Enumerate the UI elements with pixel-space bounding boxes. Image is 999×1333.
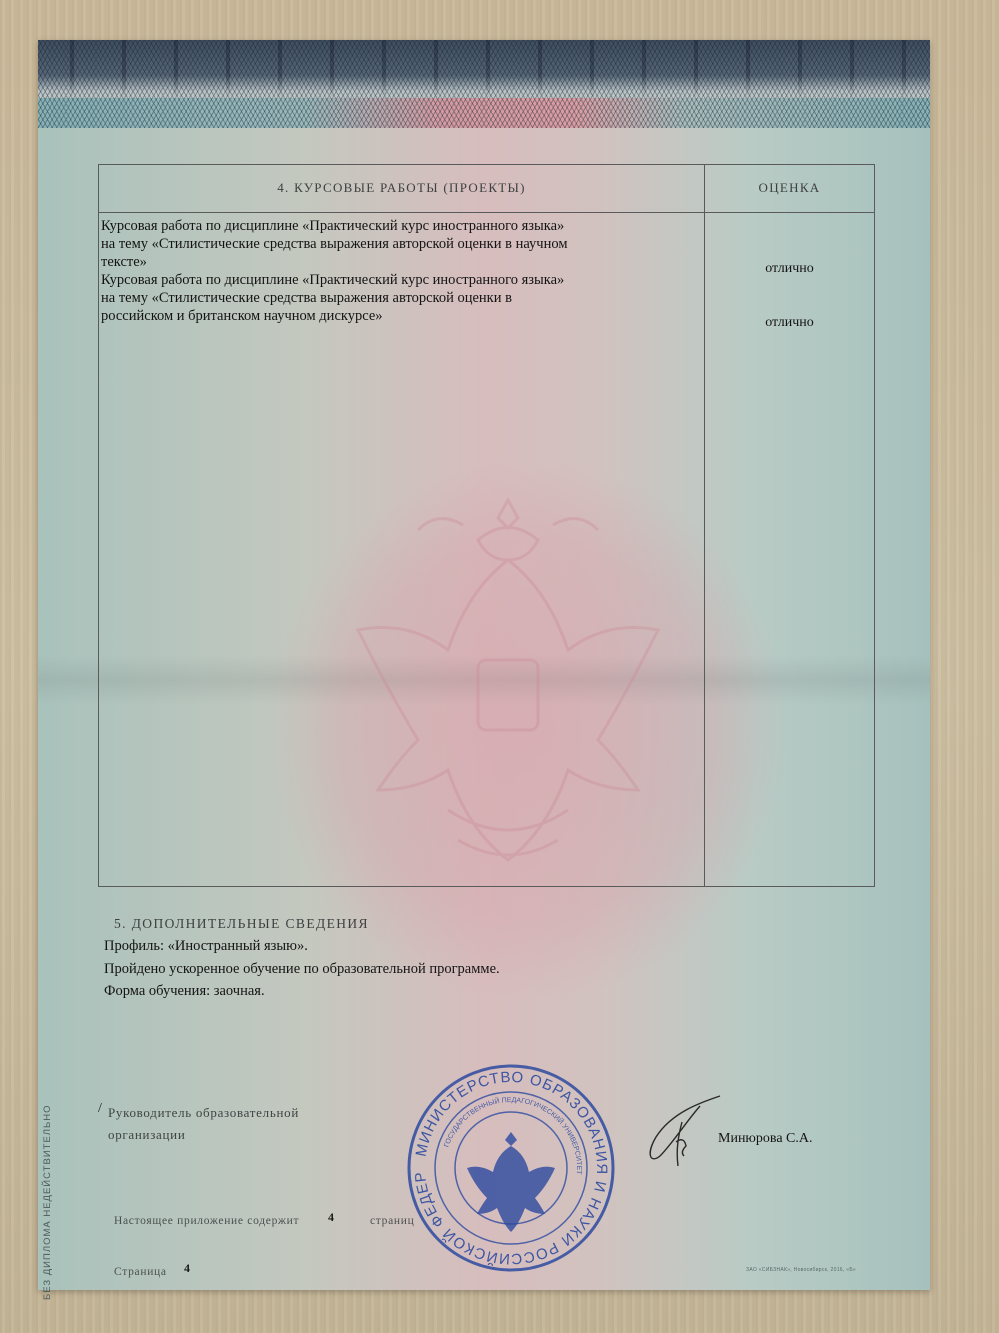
additional-info-study-form: Форма обучения: заочная.	[104, 983, 265, 1000]
pages-count-label: Настоящее приложение содержит	[114, 1215, 299, 1227]
head-of-organization-label: Руководитель образовательной организации	[108, 1102, 299, 1146]
coursework-row-2: Курсовая работа по дисциплине «Практичес…	[101, 271, 661, 325]
courseworks-table: 4. КУРСОВЫЕ РАБОТЫ (ПРОЕКТЫ) ОЦЕНКА Курс…	[98, 164, 875, 887]
guilloche-border	[38, 40, 930, 128]
coursework-line: Курсовая работа по дисциплине «Практичес…	[101, 217, 661, 235]
courseworks-table-header: 4. КУРСОВЫЕ РАБОТЫ (ПРОЕКТЫ) ОЦЕНКА	[99, 165, 874, 213]
head-slash-mark: /	[98, 1101, 102, 1117]
additional-info-profile: Профиль: «Иностранный языю».	[104, 938, 308, 955]
page-number-value: 4	[184, 1261, 190, 1276]
additional-info-accelerated: Пройдено ускоренное обучение по образова…	[104, 961, 500, 978]
head-label-line-2: организации	[108, 1124, 299, 1146]
page-number-label: Страница	[114, 1266, 167, 1278]
diploma-supplement-sheet: 4. КУРСОВЫЕ РАБОТЫ (ПРОЕКТЫ) ОЦЕНКА Курс…	[38, 40, 930, 1290]
pages-count-suffix: страниц	[370, 1215, 415, 1227]
courseworks-section-title: 4. КУРСОВЫЕ РАБОТЫ (ПРОЕКТЫ)	[99, 180, 704, 196]
coursework-line: на тему «Стилистические средства выражен…	[101, 235, 661, 253]
coursework-row-1: Курсовая работа по дисциплине «Практичес…	[101, 217, 661, 271]
coursework-line: тексте»	[101, 253, 661, 271]
coursework-grade-2: отлично	[705, 315, 874, 331]
official-seal-icon: МИНИСТЕРСТВО ОБРАЗОВАНИЯ И НАУКИ РОССИЙС…	[403, 1060, 619, 1276]
validity-side-note: БЕЗ ДИПЛОМА НЕДЕЙСТВИТЕЛЬНО	[42, 1040, 60, 1300]
grade-column-header: ОЦЕНКА	[705, 180, 874, 196]
printer-mark: ЗАО «СИБЗНАК», Новосибирск, 2016, «Б»	[746, 1267, 856, 1273]
pages-count-value: 4	[328, 1210, 334, 1225]
head-label-line-1: Руководитель образовательной	[108, 1102, 299, 1124]
additional-info-title: 5. ДОПОЛНИТЕЛЬНЫЕ СВЕДЕНИЯ	[114, 916, 369, 932]
coursework-line: Курсовая работа по дисциплине «Практичес…	[101, 271, 661, 289]
coursework-line: на тему «Стилистические средства выражен…	[101, 289, 661, 307]
coursework-grade-1: отлично	[705, 261, 874, 277]
signer-name: Минюрова С.А.	[718, 1131, 812, 1147]
coursework-line: российском и британском научном дискурсе…	[101, 307, 661, 325]
